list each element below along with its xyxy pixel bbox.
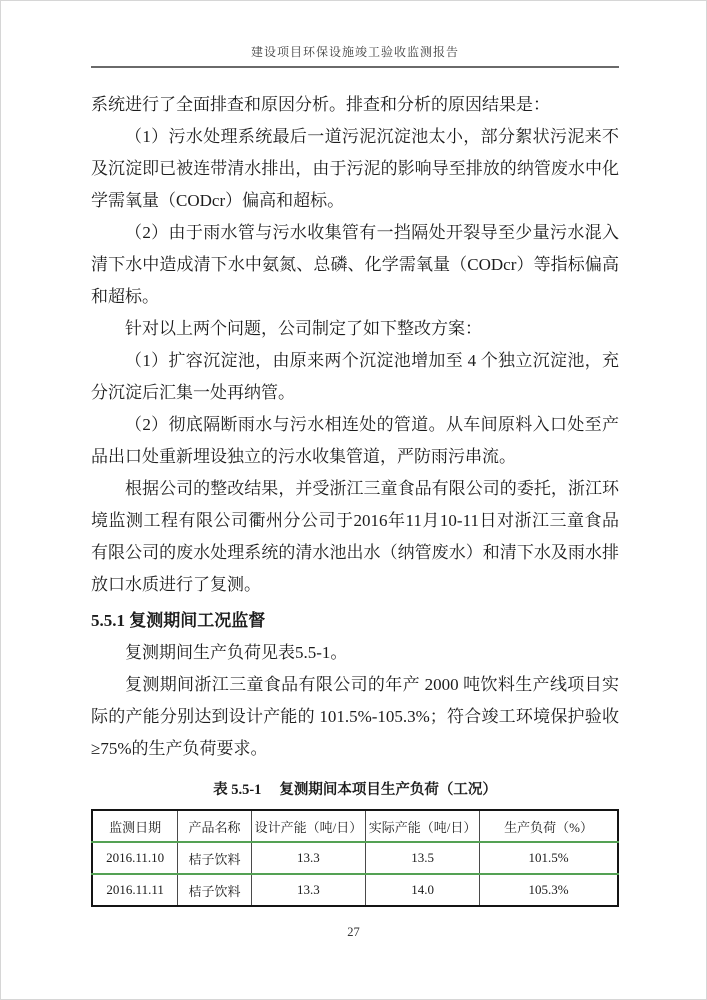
paragraph: （1）污水处理系统最后一道污泥沉淀池太小，部分絮状污泥来不及沉淀即已被连带清水排… <box>91 121 619 217</box>
table-caption: 表 5.5-1复测期间本项目生产负荷（工况） <box>91 779 619 801</box>
page-header: 建设项目环保设施竣工验收监测报告 <box>91 43 619 68</box>
paragraph: 系统进行了全面排查和原因分析。排查和分析的原因结果是： <box>91 89 619 121</box>
table-cell: 105.3% <box>480 874 618 906</box>
paragraph: 针对以上两个问题，公司制定了如下整改方案： <box>91 313 619 345</box>
page-number: 27 <box>1 925 706 940</box>
table-caption-label: 表 5.5-1 <box>213 782 261 798</box>
table-header-row: 监测日期 产品名称 设计产能（吨/日） 实际产能（吨/日） 生产负荷（%） <box>92 810 618 842</box>
table-caption-text: 复测期间本项目生产负荷（工况） <box>279 782 497 798</box>
page-body: 系统进行了全面排查和原因分析。排查和分析的原因结果是： （1）污水处理系统最后一… <box>91 89 619 907</box>
column-header: 实际产能（吨/日） <box>366 810 480 842</box>
table-cell: 13.3 <box>251 842 365 874</box>
column-header: 监测日期 <box>92 810 178 842</box>
column-header: 生产负荷（%） <box>480 810 618 842</box>
paragraph: （2）由于雨水管与污水收集管有一挡隔处开裂导至少量污水混入清下水中造成清下水中氨… <box>91 217 619 313</box>
table-row: 2016.11.10 桔子饮料 13.3 13.5 101.5% <box>92 842 618 874</box>
column-header: 产品名称 <box>178 810 252 842</box>
table-cell: 101.5% <box>480 842 618 874</box>
production-load-table: 监测日期 产品名称 设计产能（吨/日） 实际产能（吨/日） 生产负荷（%） 20… <box>91 809 619 907</box>
table-cell: 2016.11.10 <box>92 842 178 874</box>
table-cell: 2016.11.11 <box>92 874 178 906</box>
table-cell: 14.0 <box>366 874 480 906</box>
paragraph: 复测期间生产负荷见表5.5-1。 <box>91 637 619 669</box>
column-header: 设计产能（吨/日） <box>251 810 365 842</box>
paragraph: 复测期间浙江三童食品有限公司的年产 2000 吨饮料生产线项目实际的产能分别达到… <box>91 669 619 765</box>
paragraph: （2）彻底隔断雨水与污水相连处的管道。从车间原料入口处至产品出口处重新埋设独立的… <box>91 409 619 473</box>
table-cell: 桔子饮料 <box>178 842 252 874</box>
table-cell: 13.5 <box>366 842 480 874</box>
table-row: 2016.11.11 桔子饮料 13.3 14.0 105.3% <box>92 874 618 906</box>
header-title: 建设项目环保设施竣工验收监测报告 <box>91 43 619 68</box>
table-cell: 13.3 <box>251 874 365 906</box>
paragraph: 根据公司的整改结果，并受浙江三童食品有限公司的委托，浙江环境监测工程有限公司衢州… <box>91 473 619 601</box>
document-page: 建设项目环保设施竣工验收监测报告 系统进行了全面排查和原因分析。排查和分析的原因… <box>0 0 707 1000</box>
section-heading: 5.5.1 复测期间工况监督 <box>91 605 619 637</box>
table-cell: 桔子饮料 <box>178 874 252 906</box>
paragraph: （1）扩容沉淀池，由原来两个沉淀池增加至 4 个独立沉淀池，充分沉淀后汇集一处再… <box>91 345 619 409</box>
